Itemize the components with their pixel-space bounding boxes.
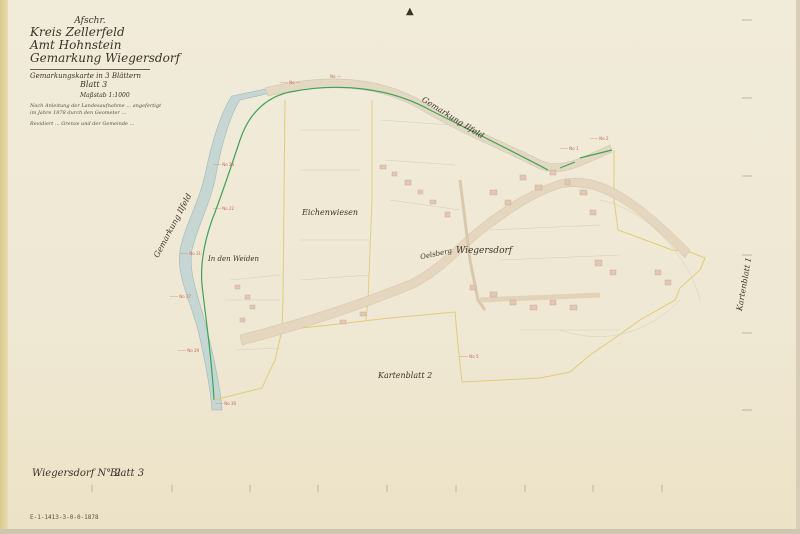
title-block: Afschr. Kreis Zellerfeld Amt Hohnstein G… (30, 16, 180, 128)
svg-text:—— No 1: —— No 1 (560, 146, 579, 151)
svg-text:—— No 28: —— No 28 (213, 162, 235, 167)
svg-text:—— No —: —— No — (280, 80, 300, 85)
red-annotations: —— No —No — —— No 28—— No 22 —— No 31—— … (170, 74, 609, 406)
place-label-wiegersdorf: Wiegersdorf (456, 246, 512, 256)
svg-text:—— No 29: —— No 29 (178, 348, 200, 353)
svg-text:—— No 27: —— No 27 (170, 294, 192, 299)
svg-text:—— No 31: —— No 31 (180, 251, 202, 256)
north-arrow-icon: ▲ (406, 6, 414, 17)
gemarkung-boundary (202, 87, 612, 400)
parcel-line-west (282, 100, 285, 330)
title-map-note: Gemarkungskarte in 3 Blättern (30, 72, 180, 80)
stream (179, 88, 275, 410)
footer-sheet: Blatt 3 (110, 468, 144, 479)
title-scale: Maßstab 1:1000 (80, 92, 180, 99)
title-notes-1: Nach Anleitung der Landesaufnahme ... an… (30, 103, 165, 117)
svg-text:—— No 2: —— No 2 (590, 136, 609, 141)
svg-text:—— No 30: —— No 30 (215, 401, 237, 406)
title-notes-2: Revidiert ... Grenze und der Gemeinde ..… (30, 121, 165, 128)
svg-text:—— No 22: —— No 22 (213, 206, 235, 211)
village-street (480, 295, 600, 300)
place-label-in-den-weiden: In den Weiden (208, 255, 259, 263)
title-parish: Gemarkung Wiegersdorf (30, 52, 180, 65)
archive-id: E-1-1413-3-0-0-1878 (30, 514, 99, 521)
title-sheet: Blatt 3 (80, 80, 180, 89)
title-divider (30, 69, 150, 70)
svg-text:—— No 5: —— No 5 (460, 354, 479, 359)
parcel-line-middle (366, 100, 372, 320)
boundary-label-kartenblatt-2: Kartenblatt 2 (378, 371, 432, 380)
northern-road (265, 79, 612, 172)
place-label-eichenwiesen: Eichenwiesen (302, 208, 358, 217)
parcel-lines (225, 120, 700, 350)
svg-text:No —: No — (330, 74, 341, 79)
main-road (240, 178, 690, 345)
footer-label: Wiegersdorf N° 2 (32, 468, 121, 479)
